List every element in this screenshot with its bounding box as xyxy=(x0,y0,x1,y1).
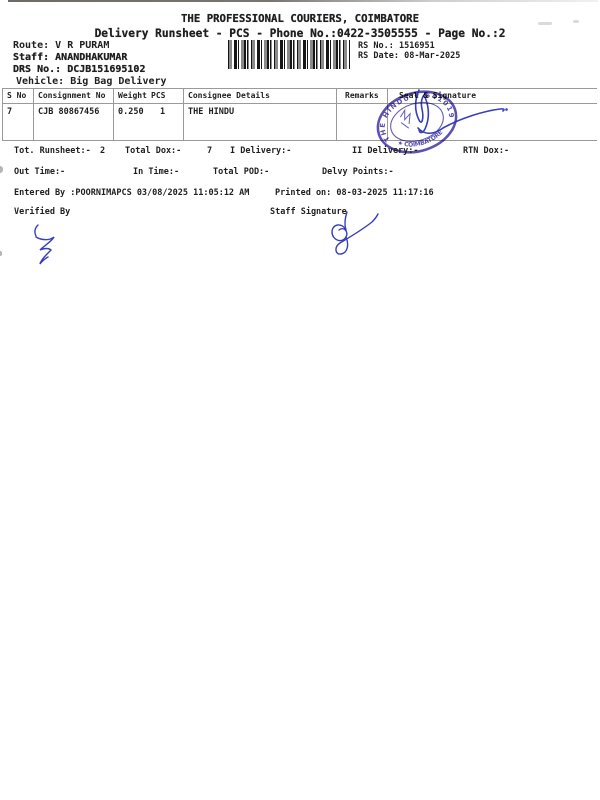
drs-label: DRS No.: xyxy=(13,64,61,75)
rtn-dox-label: RTN Dox:- xyxy=(463,147,509,156)
signature-stroke xyxy=(35,225,38,236)
rs-date-label: RS Date: xyxy=(358,51,399,61)
i-delivery-label: I Delivery:- xyxy=(230,147,291,156)
route-label: Route: xyxy=(13,40,49,51)
drs-value: DCJB151695102 xyxy=(67,64,145,75)
header-pcs: PCS xyxy=(151,92,165,103)
route-line: Route: V R PURAM xyxy=(13,41,109,51)
tot-runsheet-label: Tot. Runsheet:- xyxy=(14,147,91,156)
printed-on-text: Printed on: 08-03-2025 11:17:16 xyxy=(275,189,434,198)
staff-signature xyxy=(322,210,380,258)
verified-by-signature xyxy=(28,222,60,268)
signature-pen-dot xyxy=(505,108,508,111)
vehicle-value: Big Bag Delivery xyxy=(70,76,166,87)
stamp-inner-flourish xyxy=(398,109,414,130)
header-consignment-no: Consignment No xyxy=(33,89,113,103)
in-time-label: In Time:- xyxy=(133,168,179,177)
rs-no-line: RS No.: 1516951 xyxy=(358,42,435,51)
cell-pcs: 1 xyxy=(160,108,165,141)
verified-by-label: Verified By xyxy=(14,208,70,217)
out-time-label: Out Time:- xyxy=(14,168,65,177)
header-weight-pcs: WeightPCS xyxy=(113,89,183,103)
header-consignee-details: Consignee Details xyxy=(183,89,336,103)
signature-stroke xyxy=(36,237,54,264)
vehicle-line: Vehicle: Big Bag Delivery xyxy=(16,77,167,87)
staff-label: Staff: xyxy=(13,52,49,63)
cell-s-no: 7 xyxy=(2,104,33,140)
rs-date-value: 08-Mar-2025 xyxy=(404,51,460,61)
page-title: THE PROFESSIONAL COURIERS, COIMBATORE xyxy=(0,14,600,25)
cell-consignee: THE HINDU xyxy=(183,104,336,140)
scan-artifact xyxy=(0,251,2,256)
runsheet-page: THE PROFESSIONAL COURIERS, COIMBATORE De… xyxy=(0,0,600,800)
cell-weight-pcs: 0.2501 xyxy=(113,104,183,140)
drs-line: DRS No.: DCJB151695102 xyxy=(13,65,145,75)
rs-no-value: 1516951 xyxy=(399,41,435,51)
scan-artifact xyxy=(0,166,3,173)
route-value: V R PURAM xyxy=(55,40,109,51)
total-pod-label: Total POD:- xyxy=(213,168,269,177)
tot-runsheet-value: 2 xyxy=(100,147,105,156)
rs-no-label: RS No.: xyxy=(358,41,394,51)
signature-stroke xyxy=(345,212,347,230)
staff-value: ANANDHAKUMAR xyxy=(55,52,127,63)
cell-consignment-no: CJB 80867456 xyxy=(33,104,113,140)
page-subtitle: Delivery Runsheet - PCS - Phone No.:0422… xyxy=(0,28,600,39)
entered-by-text: Entered By :POORNIMAPCS 03/08/2025 11:05… xyxy=(14,189,249,198)
signature-stroke xyxy=(336,214,378,254)
stamp-arc-top-text: THE HINDU ★ 641019 xyxy=(372,84,457,144)
signature-tail xyxy=(418,109,504,133)
total-dox-label: Total Dox:- xyxy=(125,147,181,156)
staff-line: Staff: ANANDHAKUMAR xyxy=(13,53,127,63)
scan-artifact-top-edge xyxy=(8,0,598,2)
vehicle-label: Vehicle: xyxy=(16,76,64,87)
ii-delivery-label: II Delivery:- xyxy=(352,147,419,156)
delvy-points-label: Delvy Points:- xyxy=(322,168,394,177)
consignment-barcode xyxy=(228,40,350,69)
rs-date-line: RS Date: 08-Mar-2025 xyxy=(358,52,460,61)
header-weight: Weight xyxy=(118,92,151,103)
signature-stroke xyxy=(332,225,347,241)
total-dox-value: 7 xyxy=(207,147,212,156)
header-s-no: S No xyxy=(2,89,33,103)
cell-weight: 0.250 xyxy=(118,108,160,141)
